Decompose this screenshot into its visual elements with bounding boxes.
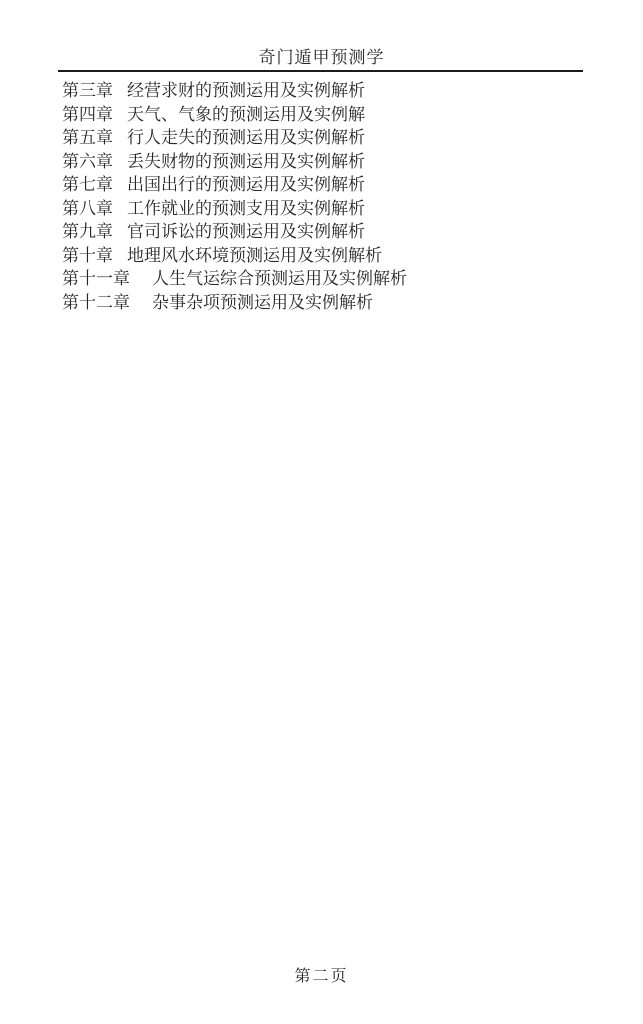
toc-chapter-label: 第十一章 <box>62 269 130 288</box>
page-number: 第二页 <box>294 968 348 985</box>
toc-chapter-title: 天气、气象的预测运用及实例解 <box>127 105 365 124</box>
toc-chapter-title: 官司诉讼的预测运用及实例解析 <box>127 222 365 241</box>
toc-chapter-label: 第八章 <box>62 199 113 218</box>
toc-chapter-label: 第六章 <box>62 152 113 171</box>
header-divider-rule <box>58 70 583 72</box>
toc-chapter-label: 第十二章 <box>62 293 130 312</box>
toc-chapter-title: 人生气运综合预测运用及实例解析 <box>152 269 407 288</box>
toc-row-chapter-3: 第三章经营求财的预测运用及实例解析 <box>62 79 613 103</box>
toc-chapter-title: 经营求财的预测运用及实例解析 <box>127 81 365 100</box>
toc-chapter-label: 第七章 <box>62 175 113 194</box>
running-header-title: 奇门遁甲预测学 <box>0 47 643 69</box>
toc-chapter-title: 丢失财物的预测运用及实例解析 <box>127 152 365 171</box>
toc-row-chapter-4: 第四章天气、气象的预测运用及实例解 <box>62 103 613 127</box>
page-footer: 第二页 <box>0 967 643 987</box>
document-page: 奇门遁甲预测学 第三章经营求财的预测运用及实例解析 第四章天气、气象的预测运用及… <box>0 0 643 1024</box>
toc-chapter-title: 出国出行的预测运用及实例解析 <box>127 175 365 194</box>
toc-row-chapter-6: 第六章丢失财物的预测运用及实例解析 <box>62 150 613 174</box>
toc-row-chapter-7: 第七章出国出行的预测运用及实例解析 <box>62 173 613 197</box>
toc-chapter-title: 工作就业的预测支用及实例解析 <box>127 199 365 218</box>
toc-chapter-label: 第三章 <box>62 81 113 100</box>
toc-chapter-label: 第十章 <box>62 246 113 265</box>
table-of-contents: 第三章经营求财的预测运用及实例解析 第四章天气、气象的预测运用及实例解 第五章行… <box>62 79 613 314</box>
toc-chapter-title: 行人走失的预测运用及实例解析 <box>127 128 365 147</box>
toc-row-chapter-12: 第十二章杂事杂项预测运用及实例解析 <box>62 291 613 315</box>
toc-row-chapter-5: 第五章行人走失的预测运用及实例解析 <box>62 126 613 150</box>
toc-row-chapter-11: 第十一章人生气运综合预测运用及实例解析 <box>62 267 613 291</box>
toc-chapter-title: 杂事杂项预测运用及实例解析 <box>152 293 373 312</box>
toc-chapter-label: 第九章 <box>62 222 113 241</box>
toc-chapter-title: 地理风水环境预测运用及实例解析 <box>127 246 382 265</box>
toc-row-chapter-9: 第九章官司诉讼的预测运用及实例解析 <box>62 220 613 244</box>
toc-chapter-label: 第四章 <box>62 105 113 124</box>
toc-chapter-label: 第五章 <box>62 128 113 147</box>
toc-row-chapter-8: 第八章工作就业的预测支用及实例解析 <box>62 197 613 221</box>
toc-row-chapter-10: 第十章地理风水环境预测运用及实例解析 <box>62 244 613 268</box>
